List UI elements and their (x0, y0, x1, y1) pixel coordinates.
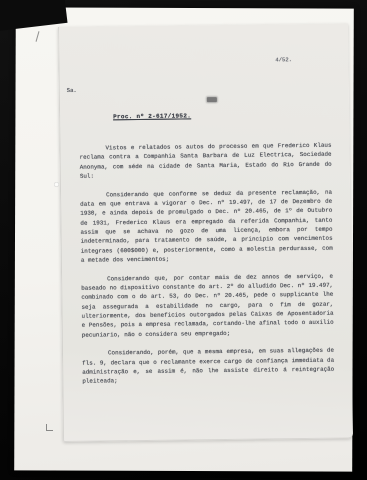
corner-registration-mark (46, 424, 53, 431)
ink-stamp-mark (207, 97, 217, 102)
paragraph: Considerando que, por contar mais de dez… (81, 271, 334, 339)
document-page: Sa. 4/52. Proc. nº 2-617/1952. Vistos e … (58, 23, 353, 442)
paragraph: Considerando que conforme se deduz da pr… (80, 187, 333, 265)
document-body: Vistos e relatados os autos do processo … (79, 141, 334, 396)
paragraph: Considerando, porém, que a mesma empresa… (82, 346, 334, 386)
page-number: 4/52. (275, 56, 292, 63)
document-title: Proc. nº 2-617/1952. (113, 112, 191, 120)
paragraph: Vistos e relatados os autos do processo … (79, 141, 331, 181)
margin-note: Sa. (67, 87, 77, 94)
punch-hole (54, 182, 59, 187)
